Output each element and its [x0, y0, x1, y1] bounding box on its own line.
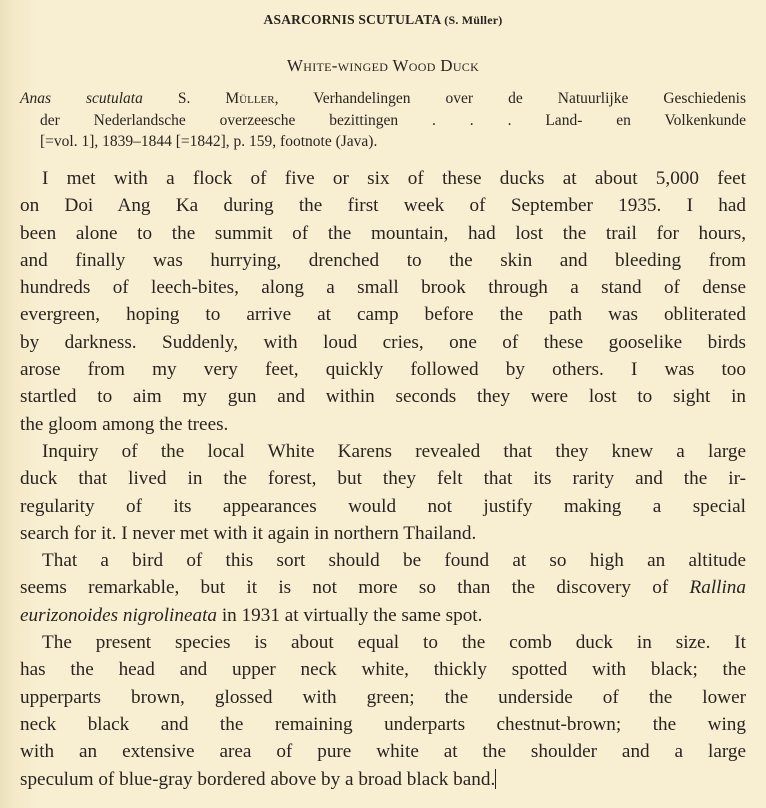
body-text: I met with a flock of five or six of the… — [20, 165, 746, 793]
text-line: I met with a flock of five or six of the… — [20, 165, 746, 192]
text-line: by darkness. Suddenly, with loud cries, … — [20, 329, 746, 356]
citation-line-3: [=vol. 1], 1839–1844 [=1842], p. 159, fo… — [20, 131, 746, 153]
citation-title: , Verhandelingen over de Natuurlijke Ges… — [275, 90, 746, 107]
text-segment: in 1931 at virtually the same spot. — [217, 605, 482, 626]
text-line: with an extensive area of pure white at … — [20, 738, 746, 765]
text-line: been alone to the summit of the mountain… — [20, 220, 746, 247]
text-line: and finally was hurrying, drenched to th… — [20, 247, 746, 274]
text-line: neck black and the remaining underparts … — [20, 711, 746, 738]
species-name-italic: Rallina — [690, 577, 747, 598]
text-line: hundreds of leech-bites, along a small b… — [20, 274, 746, 301]
text-line: has the head and upper neck white, thick… — [20, 656, 746, 683]
text-line: on Doi Ang Ka during the first week of S… — [20, 192, 746, 219]
species-author: (S. Müller) — [444, 13, 502, 27]
text-line: evergreen, hoping to arrive at camp befo… — [20, 301, 746, 328]
synonymy-citation: Anas scutulata S. Müller, Verhandelingen… — [20, 88, 746, 153]
text-line: The present species is about equal to th… — [20, 629, 746, 656]
species-heading: ASARCORNIS SCUTULATA — [264, 12, 441, 27]
running-head: ASARCORNIS SCUTULATA (S. Müller) — [0, 12, 766, 28]
paragraph-3: That a bird of this sort should be found… — [20, 547, 746, 629]
text-line: duck that lived in the forest, but they … — [20, 465, 746, 492]
paragraph-1: I met with a flock of five or six of the… — [20, 165, 746, 438]
original-name: Anas scutulata — [20, 90, 143, 107]
text-line: startled to aim my gun and within second… — [20, 383, 746, 410]
text-line: eurizonoides nigrolineata in 1931 at vir… — [20, 602, 746, 629]
paragraph-4: The present species is about equal to th… — [20, 629, 746, 793]
common-name-heading: White-winged Wood Duck — [0, 56, 766, 76]
text-segment: seems remarkable, but it is not more so … — [20, 577, 690, 598]
text-line: seems remarkable, but it is not more so … — [20, 574, 746, 601]
text-line: the gloom among the trees. — [20, 411, 746, 438]
species-name-italic: eurizonoides nigrolineata — [20, 605, 217, 626]
citation-author: S. Müller — [143, 90, 275, 107]
citation-line-1: Anas scutulata S. Müller, Verhandelingen… — [20, 88, 746, 110]
text-line: upperparts brown, glossed with green; th… — [20, 684, 746, 711]
paragraph-2: Inquiry of the local White Karens reveal… — [20, 438, 746, 547]
text-line: arose from my very feet, quickly followe… — [20, 356, 746, 383]
text-line: regularity of its appearances would not … — [20, 493, 746, 520]
text-line: speculum of blue-gray bordered above by … — [20, 766, 746, 793]
text-cursor — [495, 769, 496, 789]
citation-line-2: der Nederlandsche overzeesche bezittinge… — [20, 110, 746, 132]
text-segment: speculum of blue-gray bordered above by … — [20, 769, 495, 790]
text-line: Inquiry of the local White Karens reveal… — [20, 438, 746, 465]
text-line: That a bird of this sort should be found… — [20, 547, 746, 574]
text-line: search for it. I never met with it again… — [20, 520, 746, 547]
